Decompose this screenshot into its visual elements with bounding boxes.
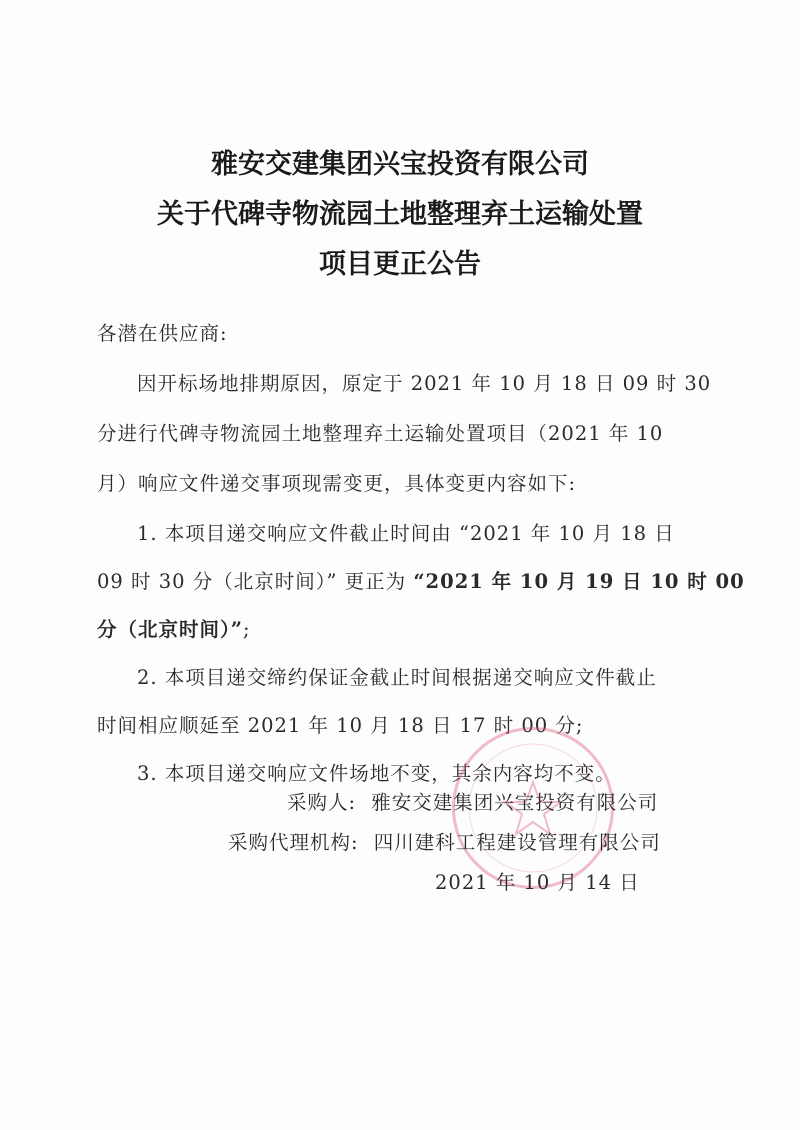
item1-line-1: 1. 本项目递交响应文件截止时间由 “2021 年 10 月 18 日 [137, 518, 675, 546]
item1-line-2: 09 时 30 分（北京时间）” 更正为 “2021 年 10 月 19 日 1… [97, 566, 745, 594]
announcement-date: 2021 年 10 月 14 日 [435, 867, 640, 895]
item1-new-time-cont: 分（北京时间）” [97, 618, 243, 641]
intro-line-2: 分进行代碑寺物流园土地整理弃土运输处置项目（2021 年 10 [97, 418, 663, 446]
salutation: 各潜在供应商: [97, 318, 228, 346]
title-line-2: 关于代碑寺物流园土地整理弃土运输处置 [0, 192, 800, 231]
purchaser-label: 采购人: [287, 791, 356, 814]
title-line-3: 项目更正公告 [0, 242, 800, 281]
item1-new-time: “2021 年 10 月 19 日 10 时 00 [413, 570, 744, 593]
agent-row: 采购代理机构: 四川建科工程建设管理有限公司 [228, 827, 661, 855]
item2-line-1: 2. 本项目递交缔约保证金截止时间根据递交响应文件截止 [137, 662, 657, 690]
purchaser-row: 采购人: 雅安交建集团兴宝投资有限公司 [287, 787, 658, 815]
intro-line-3: 月）响应文件递交事项现需变更，具体变更内容如下: [97, 468, 576, 496]
item1-end: ; [243, 618, 251, 641]
agent-name: 四川建科工程建设管理有限公司 [374, 831, 661, 854]
purchaser-name: 雅安交建集团兴宝投资有限公司 [371, 791, 658, 814]
agent-label: 采购代理机构: [228, 831, 359, 854]
title-line-1: 雅安交建集团兴宝投资有限公司 [0, 142, 800, 181]
item1-original-time: 09 时 30 分（北京时间）” 更正为 [97, 570, 413, 593]
item1-line-3: 分（北京时间）”; [97, 614, 251, 642]
intro-line-1: 因开标场地排期原因，原定于 2021 年 10 月 18 日 09 时 30 [137, 368, 711, 396]
